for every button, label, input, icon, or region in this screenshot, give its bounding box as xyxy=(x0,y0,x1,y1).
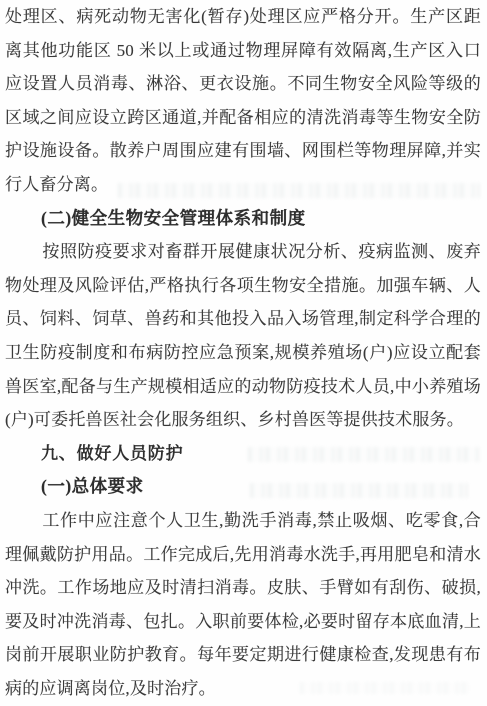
section-heading-general-requirements: (一)总体要求 xyxy=(5,470,481,504)
document-page: 处理区、病死动物无害化(暂存)处理区应严格分开。生产区距离其他功能区 50 米以… xyxy=(0,0,487,706)
chapter-heading-personnel-protection: 九、做好人员防护 xyxy=(5,437,481,471)
paragraph-biosecurity-management: 按照防疫要求对畜群开展健康状况分析、疫病监测、废弃物处理及风险评估,严格执行各项… xyxy=(5,235,481,437)
paragraph-zoning-requirements: 处理区、病死动物无害化(暂存)处理区应严格分开。生产区距离其他功能区 50 米以… xyxy=(5,0,481,202)
paragraph-personal-hygiene: 工作中应注意个人卫生,勤洗手消毒,禁止吸烟、吃零食,合理佩戴防护用品。工作完成后… xyxy=(5,504,481,706)
section-heading-biosecurity-system: (二)健全生物安全管理体系和制度 xyxy=(5,202,481,236)
